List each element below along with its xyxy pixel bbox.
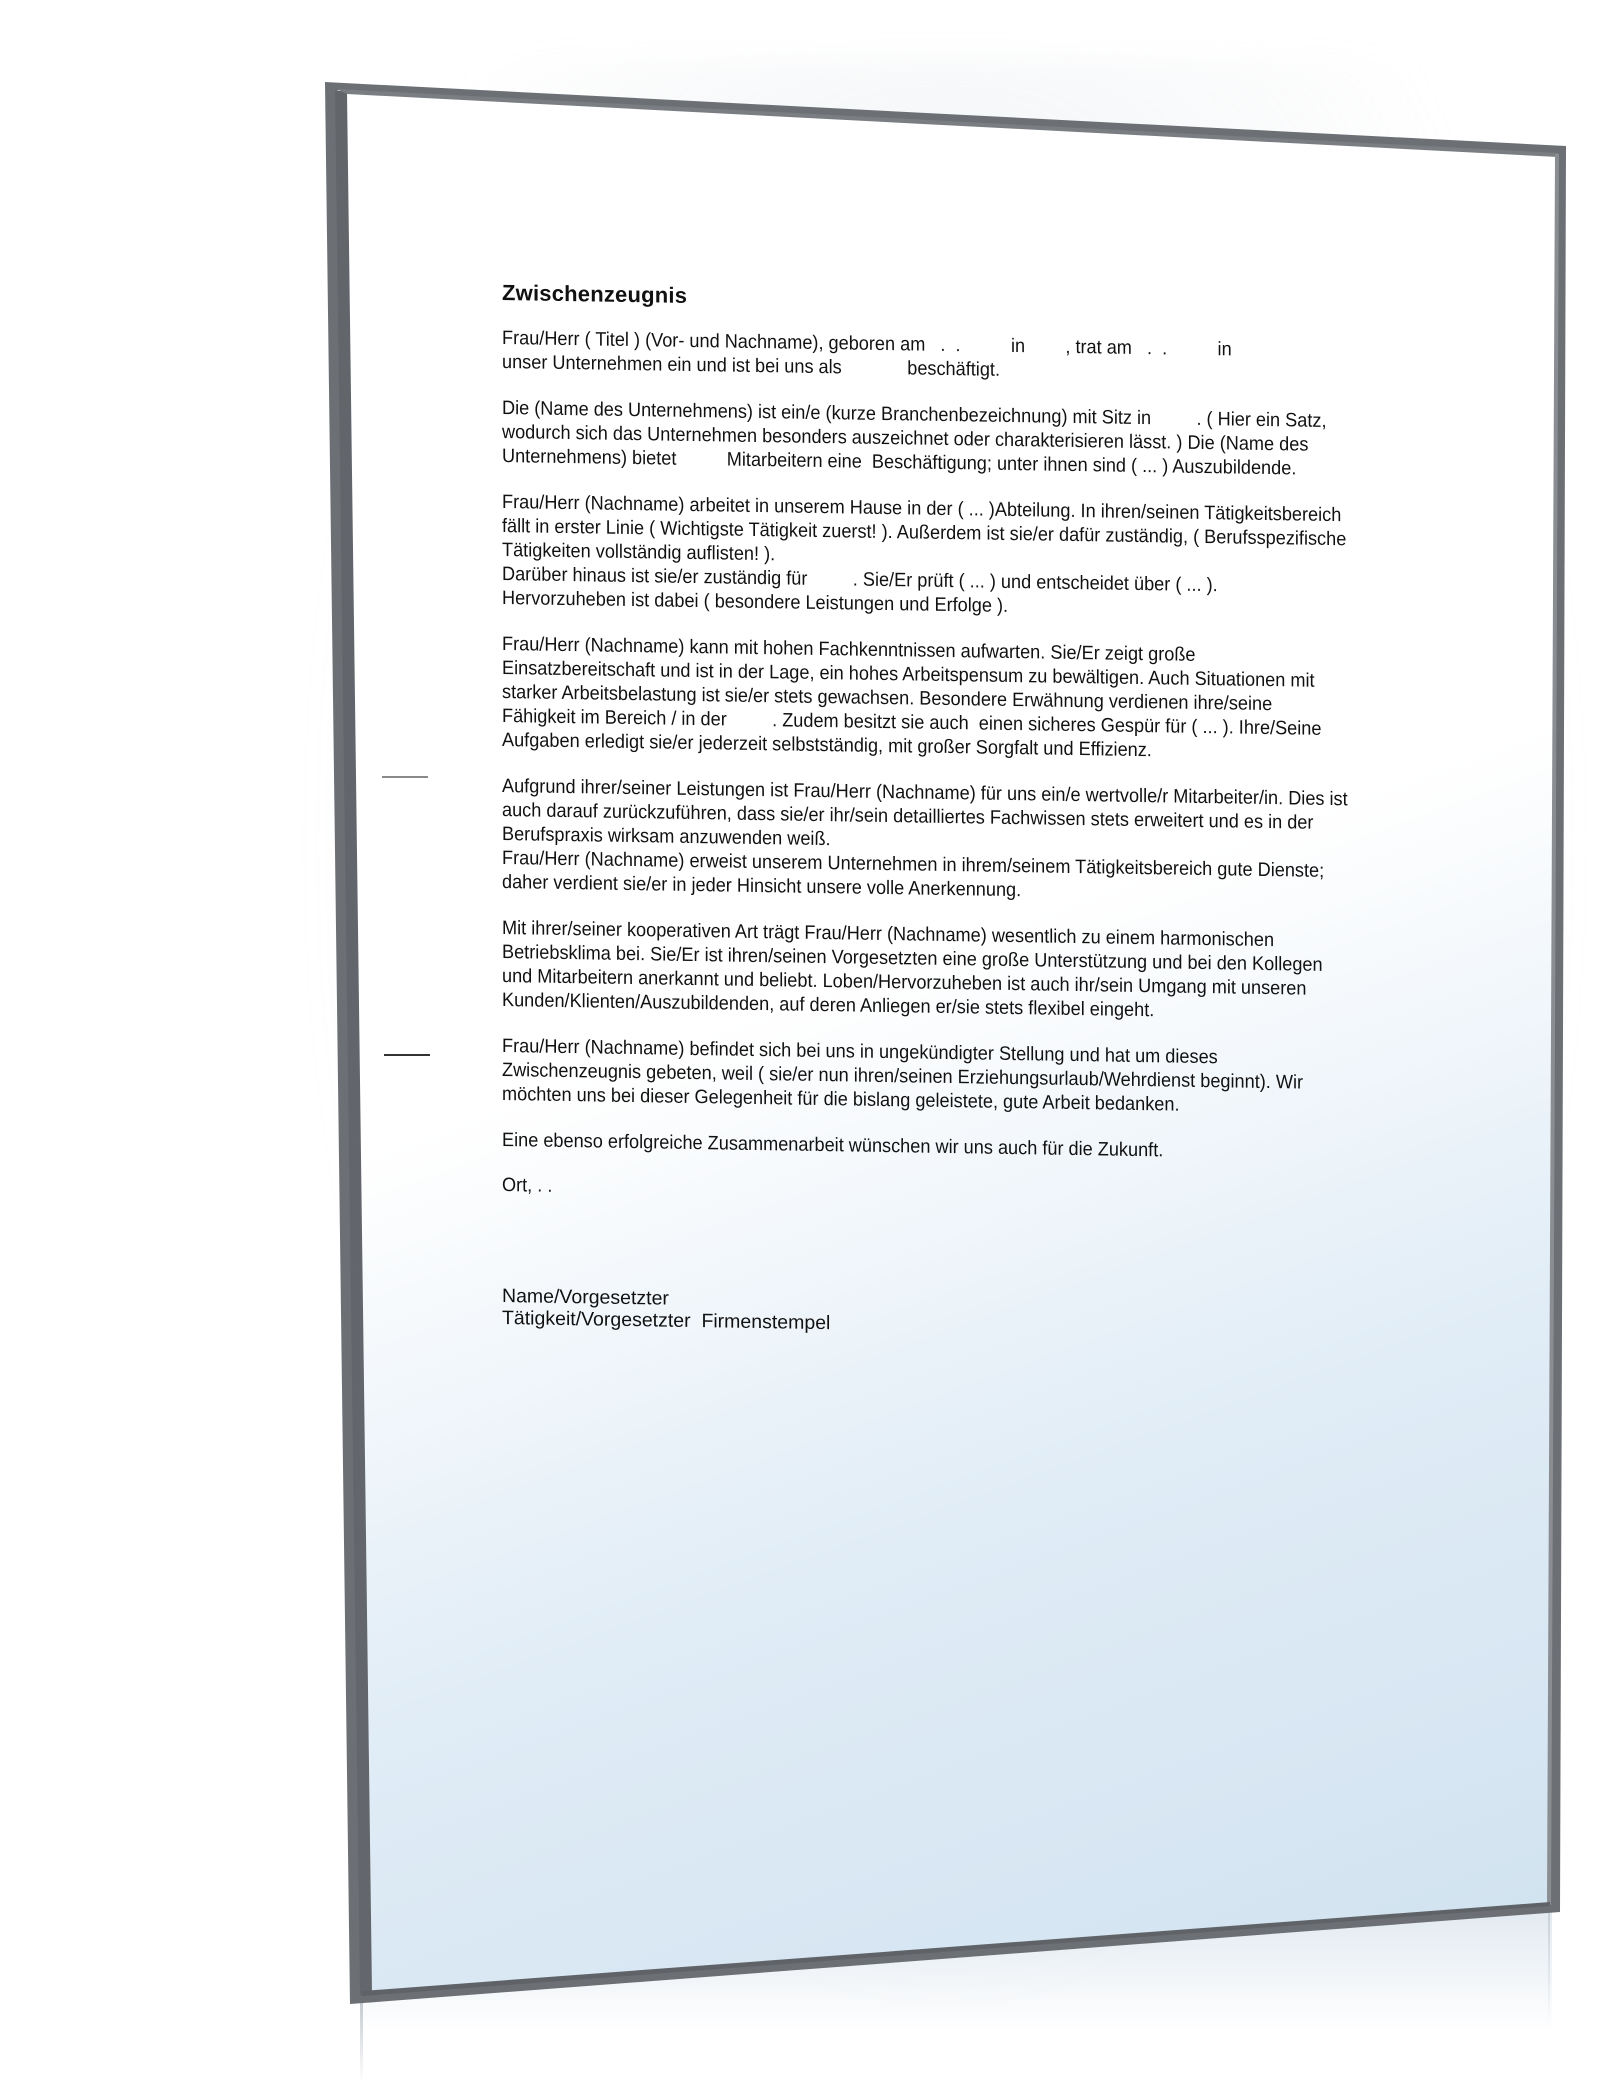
paragraph: Mit ihrer/seiner kooperativen Art trägt … (502, 916, 1469, 1027)
place-date-line: Ort, . . (502, 1174, 1395, 1211)
company-stamp-label: Firmenstempel (701, 1310, 830, 1334)
paragraph: Frau/Herr (Nachname) befindet sich bei u… (502, 1034, 1469, 1121)
paragraph: Frau/Herr (Nachname) arbeitet in unserem… (502, 490, 1469, 625)
punch-mark (384, 1054, 430, 1056)
reflection-edge (360, 1994, 363, 2084)
paragraph: Frau/Herr ( Titel ) (Vor- und Nachname),… (502, 326, 1469, 389)
signature-role: Tätigkeit/Vorgesetzter (502, 1307, 691, 1332)
reflection-edge (1548, 1905, 1550, 2025)
fold-mark (382, 776, 428, 778)
paragraph: Aufgrund ihrer/seiner Leistungen ist Fra… (502, 774, 1469, 909)
paragraph: Frau/Herr (Nachname) kann mit hohen Fach… (502, 632, 1469, 767)
document-content: Zwischenzeugnis Frau/Herr ( Titel ) (Vor… (502, 280, 1462, 1344)
paragraph: Die (Name des Unternehmens) ist ein/e (k… (502, 396, 1469, 483)
document-body: Frau/Herr ( Titel ) (Vor- und Nachname),… (502, 326, 1462, 1167)
paragraph: Eine ebenso erfolgreiche Zusammenarbeit … (502, 1128, 1469, 1167)
paragraph-line: Eine ebenso erfolgreiche Zusammenarbeit … (502, 1128, 1469, 1167)
